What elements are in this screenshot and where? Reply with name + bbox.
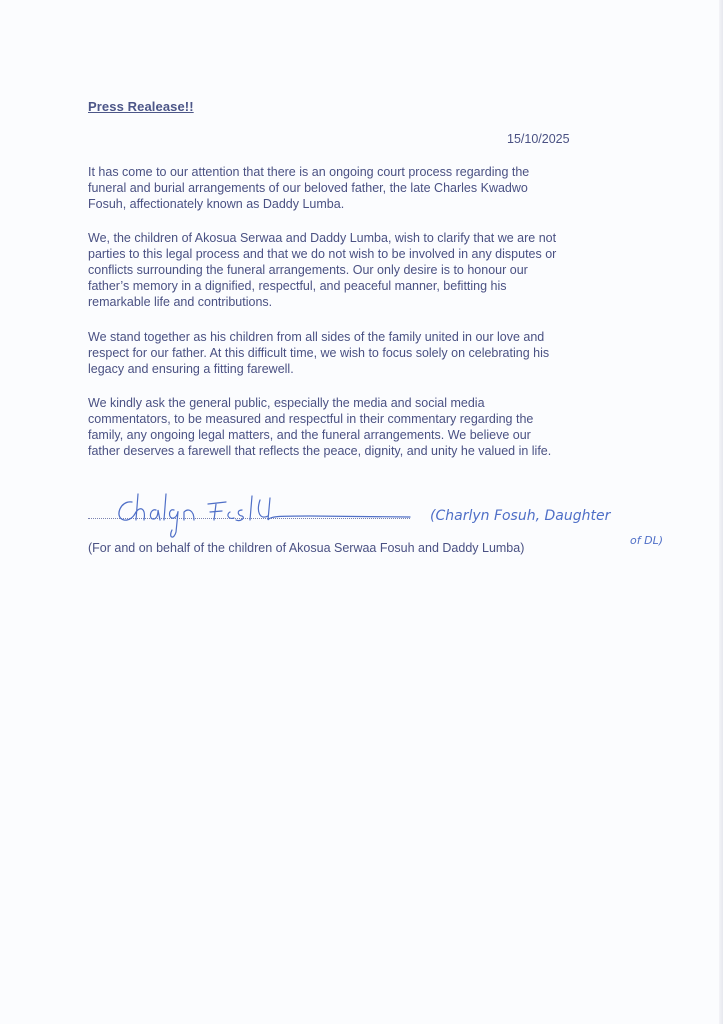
- svg-text:of DL): of DL): [630, 534, 663, 547]
- paragraph-3: We stand together as his children from a…: [88, 329, 648, 377]
- handwritten-signature: [110, 486, 430, 546]
- paragraph-2: We, the children of Akosua Serwaa and Da…: [88, 230, 648, 310]
- document-title: Press Realease!!: [88, 99, 194, 114]
- paragraph-1: It has come to our attention that there …: [88, 164, 648, 212]
- on-behalf-statement: (For and on behalf of the children of Ak…: [88, 541, 524, 555]
- document-date: 15/10/2025: [507, 132, 570, 146]
- svg-text:(Charlyn Fosuh, Daughter: (Charlyn Fosuh, Daughter: [430, 508, 612, 524]
- paragraph-4: We kindly ask the general public, especi…: [88, 395, 648, 459]
